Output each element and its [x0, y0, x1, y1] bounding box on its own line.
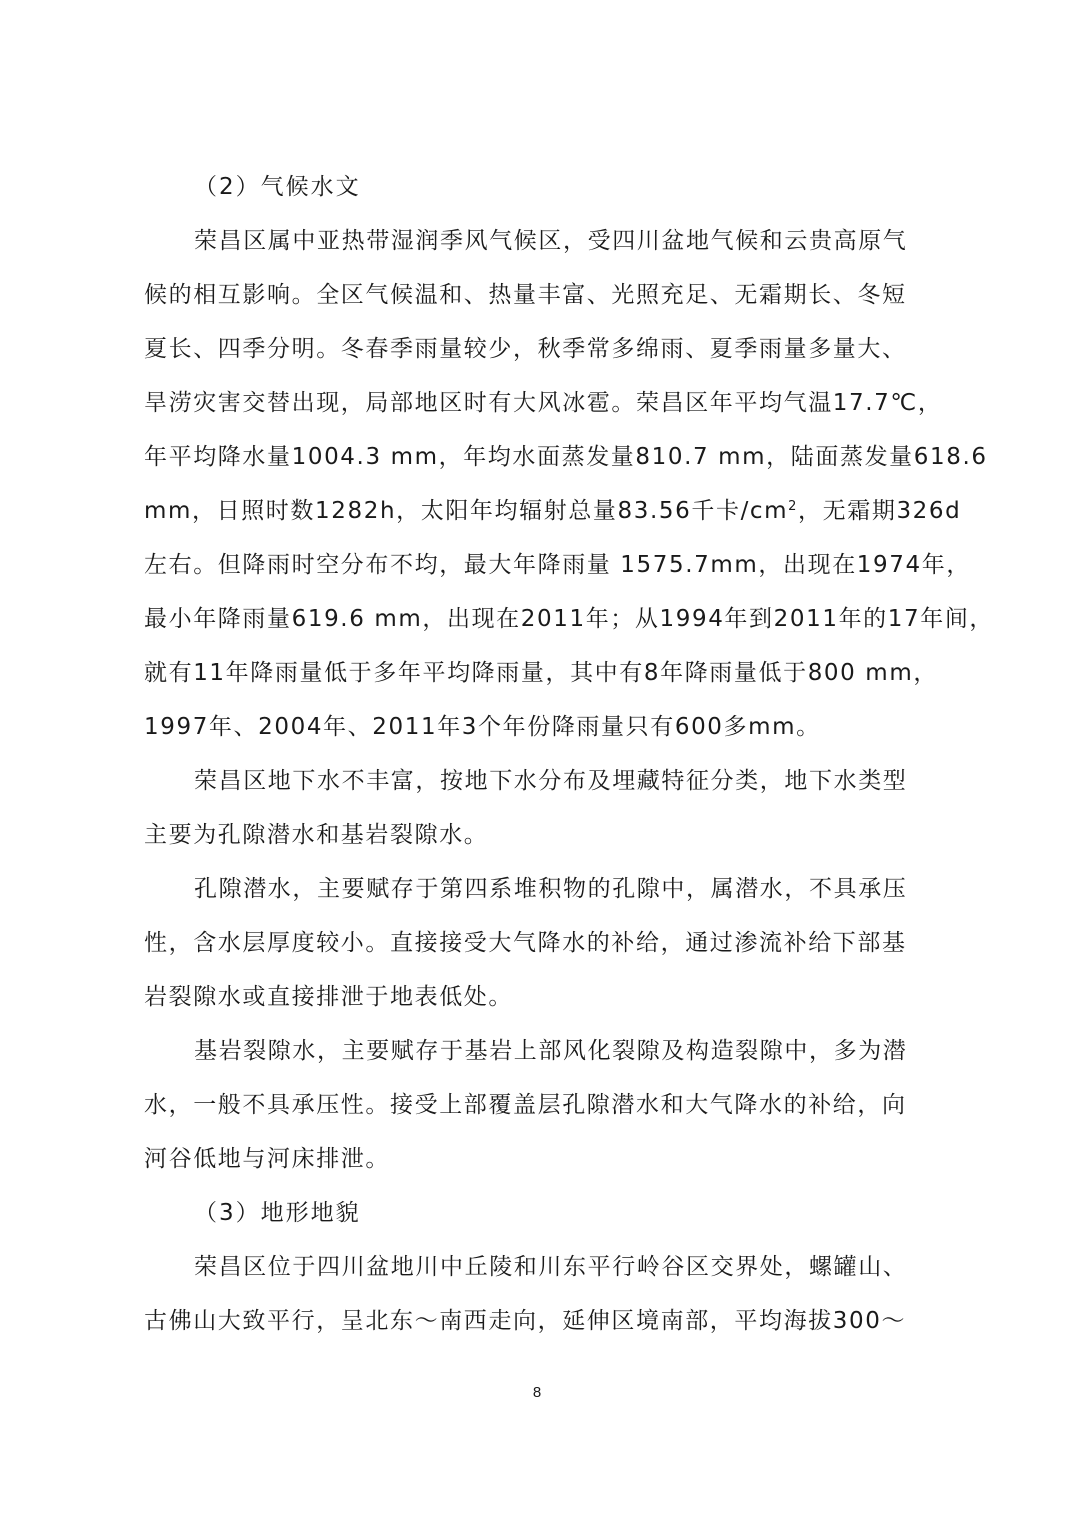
- paragraph-line: 荣昌区位于四川盆地川中丘陵和川东平行岭谷区交界处，螺罐山、: [194, 1240, 907, 1294]
- paragraph-line: mm，日照时数1282h，太阳年均辐射总量83.56千卡/cm2，无霜期326d: [144, 484, 961, 538]
- paragraph-line: 古佛山大致平行，呈北东～南西走向，延伸区境南部，平均海拔300～: [144, 1294, 906, 1348]
- section-heading-terrain: （3）地形地貌: [194, 1186, 361, 1240]
- superscript-exponent: 2: [788, 499, 798, 514]
- paragraph-line: 夏长、四季分明。冬春季雨量较少，秋季常多绵雨、夏季雨量多量大、: [144, 322, 907, 376]
- paragraph-line: 最小年降雨量619.6 mm，出现在2011年；从1994年到2011年的17年…: [144, 592, 994, 646]
- paragraph-line: 候的相互影响。全区气候温和、热量丰富、光照充足、无霜期长、冬短: [144, 268, 907, 322]
- paragraph-line: 旱涝灾害交替出现，局部地区时有大风冰雹。荣昌区年平均气温17.7℃，: [144, 376, 942, 430]
- paragraph-line: 年平均降水量1004.3 mm，年均水面蒸发量810.7 mm，陆面蒸发量618…: [144, 430, 988, 484]
- paragraph-line: 左右。但降雨时空分布不均，最大年降雨量 1575.7mm，出现在1974年，: [144, 538, 971, 592]
- paragraph-line: 河谷低地与河床排泄。: [144, 1132, 390, 1186]
- section-heading-climate-hydrology: （2）气候水文: [194, 160, 361, 214]
- line-text-tail: ，无霜期326d: [798, 498, 961, 524]
- paragraph-line: 主要为孔隙潜水和基岩裂隙水。: [144, 808, 488, 862]
- paragraph-line: 水，一般不具承压性。接受上部覆盖层孔隙潜水和大气降水的补给，向: [144, 1078, 907, 1132]
- line-text: mm，日照时数1282h，太阳年均辐射总量83.56千卡/cm: [144, 498, 788, 524]
- paragraph-line: 荣昌区属中亚热带湿润季风气候区，受四川盆地气候和云贵高原气: [194, 214, 907, 268]
- paragraph-line: 1997年、2004年、2011年3个年份降雨量只有600多mm。: [144, 700, 821, 754]
- page-number: 8: [0, 1384, 1074, 1401]
- paragraph-line: 性，含水层厚度较小。直接接受大气降水的补给，通过渗流补给下部基: [144, 916, 907, 970]
- paragraph-line: 孔隙潜水，主要赋存于第四系堆积物的孔隙中，属潜水，不具承压: [194, 862, 907, 916]
- paragraph-line: 基岩裂隙水，主要赋存于基岩上部风化裂隙及构造裂隙中，多为潜: [194, 1024, 907, 1078]
- document-page: （2）气候水文 荣昌区属中亚热带湿润季风气候区，受四川盆地气候和云贵高原气 候的…: [0, 0, 1074, 1520]
- paragraph-line: 荣昌区地下水不丰富，按地下水分布及埋藏特征分类，地下水类型: [194, 754, 907, 808]
- paragraph-line: 岩裂隙水或直接排泄于地表低处。: [144, 970, 513, 1024]
- paragraph-line: 就有11年降雨量低于多年平均降雨量，其中有8年降雨量低于800 mm，: [144, 646, 938, 700]
